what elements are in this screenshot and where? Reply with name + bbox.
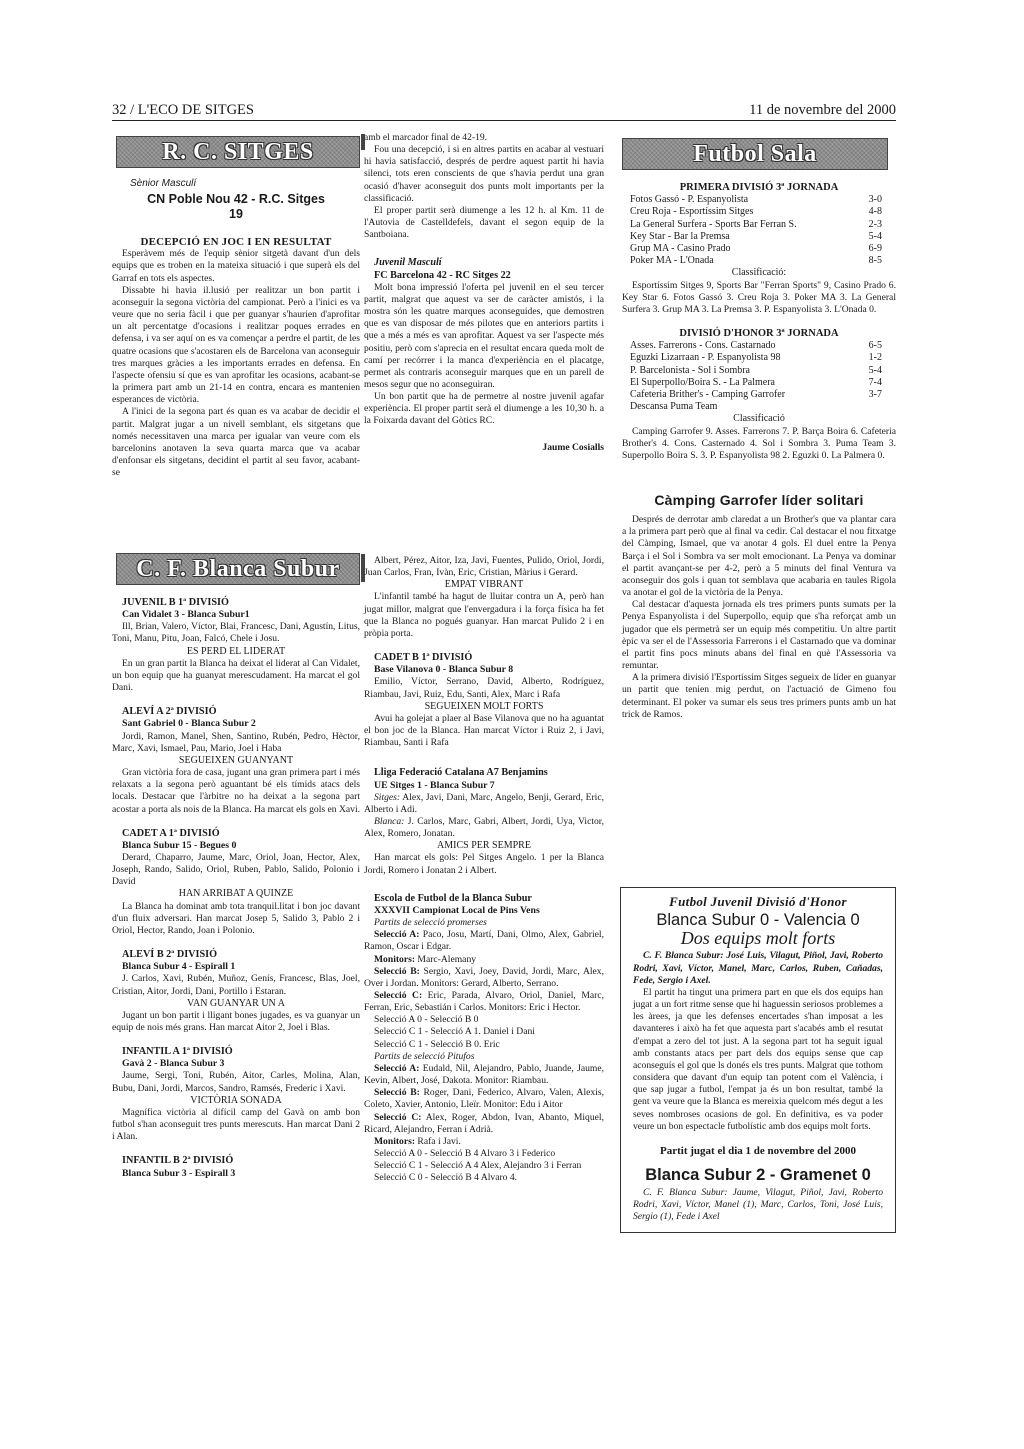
section-text: La Blanca ha dominat amb tota tranquil.l… [112,901,360,937]
box-report: El partit ha tingut una primera part en … [633,987,883,1133]
result-row: Eguzki Lizarraan - P. Espanyolista 981-2 [630,352,896,364]
box-date-line: Partit jugat el dia 1 de novembre del 20… [633,1145,883,1157]
camping-paragraph: A la primera divisió l'Esportíssim Sitge… [622,672,896,721]
senior-paragraph: A l'inici de la segona part és quan es v… [112,406,360,479]
result-row: El Superpollo/Boira S. - La Palmera7-4 [630,377,896,389]
seleccio-result: Selecció C 1 - Selecció A 1. Daniel i Da… [364,1026,604,1038]
cadet-b-players: Emilio, Víctor, Serrano, David, Alberto,… [364,676,604,700]
escola-pitufos: Partits de selecció Pitufos [364,1051,604,1063]
blanca-column-2: Albert, Pérez, Aitor, Iza, Javi, Fuentes… [364,555,604,1185]
futbol-sala-column: Futbol Sala PRIMERA DIVISIÓ 3ª JORNADA F… [622,138,896,721]
result-row: Asses. Farrerons - Cons. Castarnado6-5 [630,340,896,352]
benjamins-headline: AMICS PER SEMPRE [364,840,604,852]
honor-class-title: Classificació [622,413,896,425]
section-category: INFANTIL B 2ª DIVISIÓ [112,1155,360,1167]
result-row: Poker MA - L'Onada8-5 [630,255,896,267]
section-headline: SEGUEIXEN GUANYANT [112,755,360,767]
section-text: Magnífica victòria al difícil camp del G… [112,1107,360,1143]
seleccio-line: Selecció A: Paco, Josu, Martí, Dani, Olm… [364,929,604,953]
senior-match-score: 19 [112,207,360,222]
section-text: En un gran partit la Blanca ha deixat el… [112,658,360,694]
primera-classification: Esportíssim Sitges 9, Sports Bar "Ferran… [622,280,896,316]
result-row: P. Barcelonista - Sol i Sombra5-4 [630,365,896,377]
escola-title: Escola de Futbol de la Blanca Subur [364,893,604,905]
cadet-b-match: Base Vilanova 0 - Blanca Subur 8 [364,664,604,676]
result-row: Grup MA - Casino Prado6-9 [630,243,896,255]
seleccio-line: Selecció A: Eudald, Nil, Alejandro, Pabl… [364,1063,604,1087]
seleccio-line: Monitors: Rafa i Javi. [364,1136,604,1148]
section-match: Gavà 2 - Blanca Subur 3 [112,1058,360,1070]
section-players: Jaume, Sergi, Toni, Rubén, Aitor, Carles… [112,1070,360,1094]
senior-continued: amb el marcador final de 42-19. [364,132,604,144]
senior-headline: DECEPCIÓ EN JOC I EN RESULTAT [112,236,360,248]
honor-classification: Camping Garrofer 9. Asses. Farrerons 7. … [622,426,896,462]
section-category: ALEVÍ B 2ª DIVISIÓ [112,949,360,961]
section-text: Jugant un bon partit i lligant bones jug… [112,1010,360,1034]
benjamins-text: Han marcat els gols: Pel Sitges Angelo. … [364,852,604,876]
escola-subtitle: XXXVII Campionat Local de Pins Vens [364,905,604,917]
issue-date: 11 de novembre del 2000 [749,102,896,119]
infantil-b-headline: EMPAT VIBRANT [364,579,604,591]
seleccio-line: Selecció B: Roger, Dani, Federico, Alvar… [364,1087,604,1111]
juvenil-category: Juvenil Masculí [364,257,604,269]
section-match: Blanca Subur 15 - Begues 0 [112,840,360,852]
section-headline: HAN ARRIBAT A QUINZE [112,888,360,900]
seleccio-result: Selecció C 1 - Selecció B 0. Eric [364,1039,604,1051]
primera-title: PRIMERA DIVISIÓ 3ª JORNADA [622,182,896,194]
section-match: Sant Gabriel 0 - Blanca Subur 2 [112,718,360,730]
rc-sitges-column-2: amb el marcador final de 42-19. Fou una … [364,132,604,454]
camping-paragraph: Després de derrotar amb claredat a un Br… [622,514,896,599]
benjamins-match: UE Sitges 1 - Blanca Subur 7 [364,780,604,792]
honor-title: DIVISIÓ D'HONOR 3ª JORNADA [622,328,896,340]
result-row: Fotos Gassó - P. Espanyolista3-0 [630,194,896,206]
juvenil-paragraph: Molt bona impressió l'oferta pel juvenil… [364,282,604,391]
senior-paragraph: Esperàvem més de l'equip sènior sitgetà … [112,248,360,284]
senior-continued: Fou una decepció, i si en altres partits… [364,144,604,205]
cadet-b-category: CADET B 1ª DIVISIÓ [364,652,604,664]
seleccio-result: Selecció C 1 - Selecció A 4 Alex, Alejan… [364,1160,604,1172]
box-lineup: C. F. Blanca Subur: José Luis, Vilagut, … [633,950,883,986]
page-label: 32 / L'ECO DE SITGES [112,102,254,119]
section-players: J. Carlos, Xavi, Rubén, Muñoz, Genís, Fr… [112,973,360,997]
senior-continued: El proper partit serà diumenge a les 12 … [364,205,604,241]
seleccio-result: Selecció A 0 - Selecció B 0 [364,1014,604,1026]
section-players: Derard, Chaparro, Jaume, Marc, Oriol, Jo… [112,852,360,888]
section-category: JUVENIL B 1ª DIVISIÓ [112,597,360,609]
section-category: CADET A 1ª DIVISIÓ [112,828,360,840]
blanca-banner: C. F. Blanca Subur [116,553,360,585]
box-score-gramenet: Blanca Subur 2 - Gramenet 0 [633,1169,883,1181]
result-row: Creu Roja - Esportíssim Sitges4-8 [630,206,896,218]
section-text: Gran victòria fora de casa, jugant una g… [112,767,360,816]
section-players: Jordi, Ramon, Manel, Shen, Santino, Rubé… [112,731,360,755]
result-row: Cafeteria Brither's - Camping Garrofer3-… [630,389,896,401]
benjamins-blanca: Blanca: J. Carlos, Marc, Gabri, Albert, … [364,816,604,840]
page-header: 32 / L'ECO DE SITGES 11 de novembre del … [112,102,896,121]
result-row: Key Star - Bar la Premsa5-4 [630,231,896,243]
cadet-b-text: Avui ha golejat a plaer al Base Vilanova… [364,713,604,749]
seleccio-result: Selecció A 0 - Selecció B 4 Alvaro 3 i F… [364,1148,604,1160]
benjamins-sitges: Sitges: Alex, Javi, Dani, Marc, Angelo, … [364,792,604,816]
box-score-valencia: Blanca Subur 0 - Valencia 0 [633,914,883,926]
infantil-b-text: L'infantil també ha hagut de lluitar con… [364,591,604,640]
infantil-b-players: Albert, Pérez, Aitor, Iza, Javi, Fuentes… [364,555,604,579]
section-headline: ES PERD EL LIDERAT [112,646,360,658]
juvenil-honor-box: Futbol Juvenil Divisió d'Honor Blanca Su… [620,887,896,1233]
section-headline: VAN GUANYAR UN A [112,998,360,1010]
senior-match-line: CN Poble Nou 42 - R.C. Sitges [112,192,360,207]
section-match: Blanca Subur 3 - Espirall 3 [112,1168,360,1180]
camping-headline: Càmping Garrofer líder solitari [622,494,896,506]
senior-paragraph: Dissabte hi havia il.lusió per realitzar… [112,285,360,407]
author-signature: Jaume Cosialls [364,442,604,454]
result-row: Descansa Puma Team [630,401,896,413]
camping-paragraph: Cal destacar d'aquesta jornada els tres … [622,599,896,672]
section-category: INFANTIL A 1ª DIVISIÓ [112,1046,360,1058]
box-lineup-2: C. F. Blanca Subur: Jaume, Vilagut, Piño… [633,1187,883,1223]
benjamins-league: Lliga Federació Catalana A7 Benjamins [364,767,604,779]
seleccio-line: Monitors: Marc-Alemany [364,954,604,966]
primera-results-table: Fotos Gassó - P. Espanyolista3-0 Creu Ro… [630,194,896,267]
box-tagline: Dos equips molt forts [633,932,883,944]
juvenil-match: FC Barcelona 42 - RC Sitges 22 [364,270,604,282]
section-match: Blanca Subur 4 - Espirall 1 [112,961,360,973]
blanca-column-1: C. F. Blanca Subur JUVENIL B 1ª DIVISIÓ … [112,553,360,1180]
section-headline: VICTÒRIA SONADA [112,1095,360,1107]
result-row: La General Surfera - Sports Bar Ferran S… [630,219,896,231]
futbol-sala-banner: Futbol Sala [622,138,888,170]
seleccio-line: Selecció B: Sergio, Xavi, Joey, David, J… [364,966,604,990]
seleccio-line: Selecció C: Alex, Roger, Abdon, Ivan, Ab… [364,1112,604,1136]
rc-sitges-banner: R. C. SITGES [116,136,360,168]
rc-sitges-column-1: R. C. SITGES Sènior Masculí CN Poble Nou… [112,136,360,479]
honor-results-table: Asses. Farrerons - Cons. Castarnado6-5 E… [630,340,896,413]
senior-category: Sènior Masculí [130,178,360,190]
section-match: Can Vidalet 3 - Blanca Subur1 [112,609,360,621]
seleccio-line: Selecció C: Eric, Parada, Alvaro, Oriol,… [364,990,604,1014]
primera-class-title: Classificació: [622,267,896,279]
escola-promerses: Partits de selecció promerses [364,917,604,929]
seleccio-result: Selecció C 0 - Selecció B 4 Alvaro 4. [364,1172,604,1184]
juvenil-paragraph: Un bon partit que ha de permetre al nost… [364,391,604,427]
cadet-b-headline: SEGUEIXEN MOLT FORTS [364,701,604,713]
section-players: Ill, Brian, Valero, Víctor, Blai, France… [112,621,360,645]
section-category: ALEVÍ A 2ª DIVISIÓ [112,706,360,718]
box-title: Futbol Juvenil Divisió d'Honor [633,896,883,908]
